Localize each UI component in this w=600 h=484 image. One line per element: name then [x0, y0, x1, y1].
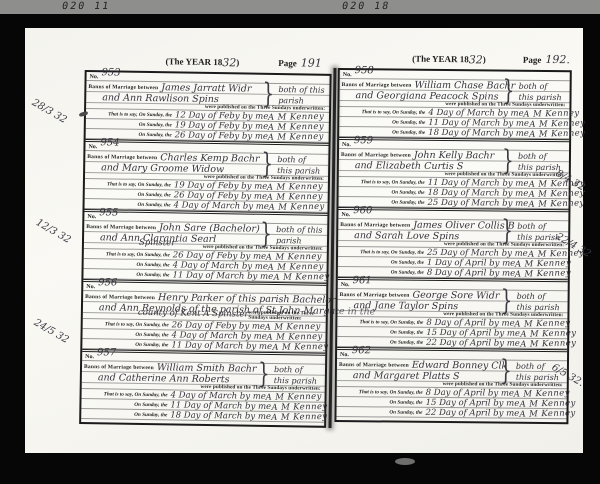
- sunday-date-handwritten: 19 Day of Feby by me: [174, 181, 267, 191]
- sunday-label: That is to say, On Sunday, the: [339, 180, 428, 187]
- entry-number: 959: [354, 136, 373, 146]
- curate-signature: A M Kenney: [520, 339, 576, 349]
- groom-name: George Sore Widr: [413, 290, 500, 300]
- curate-signature: A M Kenney: [519, 409, 575, 419]
- curate-signature: A M Kenney: [529, 129, 585, 139]
- sunday-date-handwritten: 4 Day of March by me: [171, 391, 266, 401]
- sunday-date-handwritten: 26 Day of Feby by me: [172, 321, 265, 331]
- sunday-label: On Sunday, the: [85, 202, 174, 210]
- curate-signature: A M Kenney: [515, 259, 571, 269]
- extra-handwritten-line: Spinster: [139, 238, 175, 247]
- curate-signature: A M Kenney: [519, 399, 575, 409]
- brace-text: both of this parish: [518, 81, 568, 103]
- sunday-label: That is to say, On Sunday, the: [338, 250, 427, 257]
- curate-signature: A M Kenney: [524, 109, 580, 119]
- year-close: ): [483, 54, 486, 64]
- groom-name: Edward Bonney Clk: [412, 360, 508, 370]
- bride-name: and Mary Groome Widow: [101, 163, 224, 174]
- curate-signature: A M Kenney: [266, 392, 322, 402]
- brace-line-2: parish: [276, 235, 326, 247]
- brace-line-1: both of this: [276, 224, 326, 236]
- groom-name: James Jarratt Widr: [161, 83, 251, 94]
- sunday-row: On Sunday, the 22 Day of April by me A M…: [336, 407, 566, 419]
- entry-number: 956: [98, 278, 117, 288]
- page-number: Page 191: [278, 53, 322, 72]
- register-page-right: (The YEAR 1832) Page 192. No. 958 Banns …: [334, 48, 572, 424]
- curate-signature: A M Kenney: [268, 112, 324, 122]
- sunday-date-handwritten: 8 Day of April by me: [426, 318, 514, 327]
- brace-line-2: parish: [278, 95, 328, 107]
- brace-glyph: }: [261, 152, 273, 176]
- sunday-label: On Sunday, the: [86, 132, 175, 140]
- brace-text: both of this parish: [278, 84, 328, 107]
- sunday-label: On Sunday, the: [337, 330, 426, 337]
- sunday-date-handwritten: 4 Day of March by me: [174, 201, 269, 211]
- banns-entry: No. 961 Banns of Marriage between George…: [337, 280, 568, 352]
- year-printed: (The YEAR 18: [166, 56, 223, 67]
- groom-name: John Sare (Bachelor): [159, 223, 260, 234]
- sunday-label: That is to say, On Sunday, the: [337, 390, 426, 397]
- sunday-label: On Sunday, the: [339, 130, 428, 137]
- brace-glyph: }: [502, 149, 514, 173]
- curate-signature: A M Kenney: [272, 342, 328, 352]
- banns-label: Banns of Marriage between: [86, 225, 156, 233]
- bride-name: and Catherine Ann Roberts: [98, 373, 230, 385]
- year-handwritten: 32: [222, 56, 236, 69]
- curate-signature: A M Kenney: [268, 122, 324, 132]
- sunday-label: On Sunday, the: [339, 120, 428, 127]
- entry-number: 960: [353, 206, 372, 216]
- bride-name: and Georgiana Peacock Spins: [356, 91, 499, 102]
- no-label: No.: [343, 72, 352, 78]
- sunday-date-handwritten: 4 Day of March by me: [173, 261, 268, 271]
- brace-line-1: both of: [277, 154, 327, 166]
- no-label: No.: [88, 144, 97, 150]
- extra-handwritten-line: county of Kent A Spinster: [138, 308, 249, 318]
- sunday-date-handwritten: 22 Day of April by me: [425, 408, 519, 417]
- sunday-date-handwritten: 18 Day of March by me: [428, 128, 529, 137]
- sunday-label: On Sunday, the: [337, 340, 426, 347]
- sunday-date-handwritten: 11 Day of March by me: [428, 178, 529, 187]
- sunday-label: On Sunday, the: [338, 270, 427, 277]
- brace-line-2: this parish: [274, 375, 324, 387]
- banns-label: Banns of Marriage between: [85, 295, 155, 303]
- groom-name: William Chase Bachr: [415, 80, 516, 90]
- curate-signature: A M Kenney: [268, 132, 324, 142]
- no-label: No.: [90, 74, 99, 80]
- sunday-date-handwritten: 26 Day of Feby by me: [174, 191, 267, 201]
- brace-line-1: both of: [274, 364, 324, 376]
- entries: No. 958 Banns of Marriage between Willia…: [334, 68, 571, 424]
- entry-number: 954: [100, 138, 119, 148]
- sunday-label: On Sunday, the: [339, 190, 428, 197]
- sunday-label: That is to say, On Sunday, the: [337, 320, 426, 327]
- groom-name: James Oliver Collis B: [413, 220, 514, 230]
- curate-signature: A M Kenney: [271, 402, 327, 412]
- page-word: Page: [278, 58, 297, 68]
- brace-line-1: both of: [518, 151, 568, 162]
- entry-number: 953: [101, 68, 120, 78]
- curate-signature: A M Kenney: [268, 262, 324, 272]
- banns-entry: No. 955 Banns of Marriage between John S…: [83, 212, 327, 286]
- sunday-date-handwritten: 8 Day of April by me: [426, 388, 514, 397]
- banns-label: Banns of Marriage between: [87, 155, 157, 163]
- sunday-label: On Sunday, the: [336, 410, 425, 417]
- sunday-date-handwritten: 22 Day of April by me: [426, 338, 520, 347]
- frame-stamp-right: 020 18: [341, 1, 391, 12]
- banns-entry: No. 959 Banns of Marriage between John K…: [338, 140, 569, 212]
- page-number: Page 192.: [523, 50, 570, 68]
- sunday-date-handwritten: 19 Day of Feby by me: [175, 121, 268, 131]
- curate-signature: A M Kenney: [267, 182, 323, 192]
- brace-text: both of this parish: [516, 291, 566, 313]
- sunday-row: On Sunday, the 25 Day of March by me A M…: [338, 197, 568, 209]
- brace-glyph: }: [500, 359, 512, 383]
- brace-line-2: this parish: [277, 165, 327, 177]
- sunday-date-handwritten: 11 Day of March by me: [170, 401, 271, 411]
- sunday-date-handwritten: 26 Day of Feby by me: [173, 251, 266, 261]
- sunday-row: On Sunday, the 8 Day of April by me A M …: [338, 267, 568, 279]
- brace-glyph: }: [260, 222, 272, 246]
- sunday-date-handwritten: 11 Day of March by me: [172, 271, 273, 281]
- groom-name: Charles Kemp Bachr: [160, 153, 259, 164]
- groom-name: John Kelly Bachr: [414, 150, 494, 160]
- banns-label: Banns of Marriage between: [88, 85, 158, 93]
- curate-signature: A M Kenney: [267, 332, 323, 342]
- sunday-date-handwritten: 11 Day of March by me: [171, 341, 272, 351]
- brace-line-2: this parish: [516, 302, 566, 313]
- banns-entry: No. 958 Banns of Marriage between Willia…: [339, 70, 570, 142]
- page-number-handwritten: 192.: [545, 53, 570, 66]
- curate-signature: A M Kenney: [266, 252, 322, 262]
- year-heading: (The YEAR 1832): [165, 51, 239, 70]
- sunday-date-handwritten: 11 Day of March by me: [428, 118, 529, 127]
- margin-note: 12/3 32: [34, 217, 73, 246]
- page-word: Page: [523, 55, 542, 65]
- entries: No. 953 Banns of Marriage between James …: [79, 70, 332, 428]
- year-printed: (The YEAR 18: [412, 54, 469, 65]
- sunday-date-handwritten: 4 Day of March by me: [428, 108, 523, 117]
- curate-signature: A M Kenney: [265, 322, 321, 332]
- brace-glyph: }: [501, 219, 513, 243]
- curate-signature: A M Kenney: [514, 389, 570, 399]
- groom-name: William Smith Bachr: [157, 363, 257, 374]
- banns-label: Banns of Marriage between: [342, 83, 412, 90]
- entry-number: 962: [352, 346, 371, 356]
- banns-label: Banns of Marriage between: [339, 363, 409, 370]
- brace-text: both of this parish: [274, 364, 324, 387]
- year-heading: (The YEAR 1832): [412, 49, 486, 68]
- brace-glyph: }: [258, 362, 270, 386]
- sunday-date-handwritten: 26 Day of Feby by me: [175, 131, 268, 141]
- no-label: No.: [85, 354, 94, 360]
- sunday-date-handwritten: 25 Day of March by me: [427, 198, 528, 207]
- sunday-date-handwritten: 18 Day of March by me: [170, 411, 271, 421]
- no-label: No.: [342, 142, 351, 148]
- curate-signature: A M Kenney: [520, 329, 576, 339]
- sunday-label: On Sunday, the: [83, 272, 172, 280]
- sunday-date-handwritten: 12 Day of Feby by me: [175, 111, 268, 121]
- sunday-label: On Sunday, the: [338, 260, 427, 267]
- sunday-date-handwritten: 1 Day of April by me: [427, 258, 515, 267]
- banns-label: Banns of Marriage between: [340, 293, 410, 300]
- brace-text: both of this parish: [277, 154, 327, 177]
- sunday-row: On Sunday, the 18 Day of March by me A M…: [339, 127, 569, 139]
- no-label: No.: [87, 214, 96, 220]
- bride-name: and Ann Rawlison Spins: [102, 93, 219, 104]
- banns-label: Banns of Marriage between: [341, 153, 411, 160]
- curate-signature: A M Kenney: [529, 119, 585, 129]
- brace-glyph: }: [262, 82, 274, 106]
- brace-line-1: both of: [519, 81, 569, 92]
- curate-signature: A M Kenney: [515, 319, 571, 329]
- sunday-label: On Sunday, the: [81, 412, 170, 420]
- brace-line-1: both of this: [278, 84, 328, 96]
- sunday-date-handwritten: 15 Day of April by me: [426, 398, 520, 407]
- curate-signature: A M Kenney: [528, 199, 584, 209]
- bride-name: and Elizabeth Curtis S: [355, 161, 464, 172]
- year-close: ): [236, 57, 239, 67]
- curate-signature: A M Kenney: [515, 269, 571, 279]
- published-label: were published on the Three Sundays unde…: [248, 310, 322, 322]
- frame-stamp-left: 020 11: [61, 1, 111, 12]
- brace-glyph: }: [501, 289, 513, 313]
- sunday-label: On Sunday, the: [338, 200, 427, 207]
- bride-name: and Sarah Love Spins: [354, 231, 459, 242]
- brace-line-2: this parish: [518, 92, 568, 103]
- entry-number: 957: [97, 348, 116, 358]
- no-label: No.: [341, 212, 350, 218]
- banns-entry: No. 953 Banns of Marriage between James …: [86, 72, 330, 146]
- entry-number: 958: [355, 66, 374, 76]
- sunday-label: On Sunday, the: [337, 400, 426, 407]
- register-page-left: (The YEAR 1832) Page 191 No. 953 Banns o…: [79, 50, 332, 428]
- entry-number: 961: [353, 276, 372, 286]
- scanned-register-image: 020 11 020 18 (The YEAR 1832) Page 191 N…: [0, 0, 600, 484]
- scan-artifact: [395, 458, 415, 465]
- curate-signature: A M Kenney: [271, 412, 327, 422]
- banns-label: Banns of Marriage between: [84, 365, 154, 373]
- year-handwritten: 32: [469, 53, 483, 66]
- sunday-label: On Sunday, the: [82, 342, 171, 350]
- sunday-date-handwritten: 25 Day of March by me: [427, 248, 528, 257]
- curate-signature: A M Kenney: [269, 202, 325, 212]
- sunday-date-handwritten: 8 Day of April by me: [427, 268, 515, 277]
- banns-label: Banns of Marriage between: [340, 223, 410, 230]
- banns-entry: No. 956 Banns of Marriage between Henry …: [82, 282, 326, 356]
- sunday-date-handwritten: 4 Day of March by me: [171, 331, 266, 341]
- no-label: No.: [340, 352, 349, 358]
- no-label: No.: [341, 282, 350, 288]
- sunday-row: On Sunday, the 22 Day of April by me A M…: [337, 337, 567, 349]
- brace-line-1: both of: [517, 291, 567, 302]
- entry-number: 955: [99, 208, 118, 218]
- curate-signature: A M Kenney: [273, 272, 329, 282]
- margin-note: 24/5 32: [32, 317, 71, 346]
- no-label: No.: [86, 284, 95, 290]
- brace-glyph: }: [503, 79, 515, 103]
- page-number-handwritten: 191: [301, 56, 322, 69]
- margin-note: 28/3 32: [30, 97, 69, 126]
- banns-entry: No. 960 Banns of Marriage between James …: [338, 210, 569, 282]
- banns-entry: No. 962 Banns of Marriage between Edward…: [336, 350, 567, 422]
- sunday-label: That is to say, On Sunday, the: [339, 110, 428, 117]
- brace-text: both of this parish: [276, 224, 326, 247]
- curate-signature: A M Kenney: [267, 192, 323, 202]
- banns-entry: No. 957 Banns of Marriage between Willia…: [81, 352, 325, 426]
- bride-name: and Margaret Platts S: [353, 371, 460, 382]
- book: (The YEAR 1832) Page 191 No. 953 Banns o…: [25, 28, 583, 453]
- sunday-date-handwritten: 15 Day of April by me: [426, 328, 520, 337]
- film-header-strip: 020 11 020 18: [0, 0, 600, 14]
- sunday-date-handwritten: 18 Day of March by me: [428, 188, 529, 197]
- bride-name: and Jane Taylor Spins: [353, 301, 458, 312]
- banns-entry: No. 954 Banns of Marriage between Charle…: [84, 142, 328, 216]
